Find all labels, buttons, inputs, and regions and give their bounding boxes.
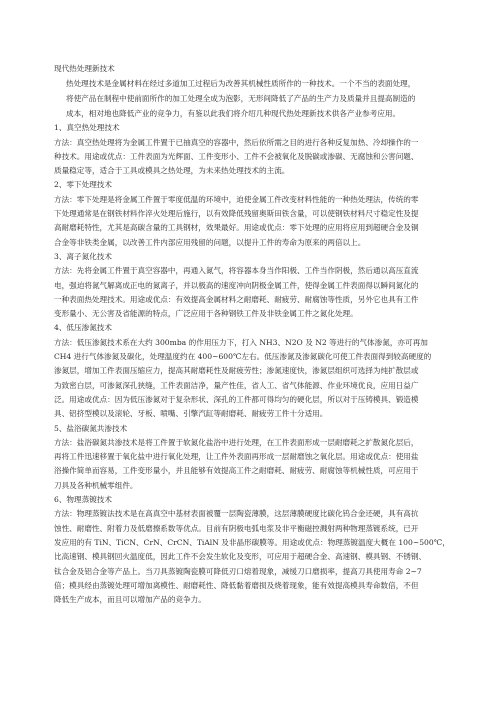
section-heading: 1、真空热处理技术 — [54, 121, 454, 135]
section-heading: 6、物理蒸镀技术 — [54, 493, 454, 507]
body-line: 下处理通常是在钢铁材料作淬火处理后施行，以有效降低残留奥斯田铁含量，可以使钢铁材… — [54, 207, 454, 221]
section-salt-bath-carbonitriding: 5、盐浴碳氮共渗技术 方法：盐浴碳氮共渗技术是将工件置于软氮化盐浴中进行处理，在… — [54, 422, 454, 493]
section-heading: 4、低压渗氮技术 — [54, 321, 454, 335]
document-page: 现代热处理新技术 热处理技术是金属材料在经过多道加工过程后为改善其机械性质所作的… — [54, 62, 454, 607]
section-heading: 2、零下处理技术 — [54, 178, 454, 192]
section-subzero-treatment: 2、零下处理技术 方法：零下处理是将金属工件置于零度低温的环境中，迫使金属工件改… — [54, 178, 454, 249]
section-body: 方法：真空热处理将为金属工件置于已抽真空的容器中，然后依所需之目的进行各种反复加… — [54, 136, 454, 179]
body-line: 泛。用途或优点：因为低压渗氮对于复杂形状、深孔的工件都可得均匀的硬化层，所以对于… — [54, 393, 454, 407]
section-physical-vapor-deposition: 6、物理蒸镀技术 方法：物理蒸镀法技术是在高真空中基材表面被覆一层陶瓷薄膜，这层… — [54, 493, 454, 607]
body-line: 比高速钢、模具钢回火温度低，因此工件不会发生软化及变形，可应用于超硬合金、高速钢… — [54, 550, 454, 564]
section-heading: 5、盐浴碳氮共渗技术 — [54, 422, 454, 436]
body-line: 质量稳定等，适合于工具或模具之热处理，为未来热处理技术的主流。 — [54, 164, 454, 178]
body-line: CH4 进行气体渗氮及碳化，处理温度约在 400~600℃左右。低压渗氮及渗氮碳… — [54, 350, 454, 364]
section-ion-nitriding: 3、离子氮化技术 方法：先将金属工件置于真空容器中，再通入氮气，将容器本身当作阳… — [54, 250, 454, 321]
body-line: 方法：先将金属工件置于真空容器中，再通入氮气，将容器本身当作阳极、工件当作阴极，… — [54, 264, 454, 278]
body-line: 为致密白层，可渗氮深孔狭缝，工件表面洁净，量产性佳，省人工、省气体能源、作业环境… — [54, 379, 454, 393]
intro-line: 热处理技术是金属材料在经过多道加工过程后为改善其机械性质所作的一种技术。一个不当… — [66, 76, 454, 91]
body-line: 高耐磨耗特性，尤其是高碳含量的工具钢材，效果最好。用途或优点：零下处理的应用将应… — [54, 221, 454, 235]
section-heading: 3、离子氮化技术 — [54, 250, 454, 264]
body-line: 电，强迫将氮气解离成正电的氮离子，并以极高的速度冲向阴极金属工件，使得金属工件表… — [54, 279, 454, 293]
body-line: 降低生产成本，而且可以增加产品的竞争力。 — [54, 593, 454, 607]
section-body: 方法：盐浴碳氮共渗技术是将工件置于软氮化盐浴中进行处理，在工件表面形成一层耐磨耗… — [54, 436, 454, 493]
section-body: 方法：零下处理是将金属工件置于零度低温的环境中，迫使金属工件改变材料性能的一种热… — [54, 193, 454, 250]
section-body: 方法：物理蒸镀法技术是在高真空中基材表面被覆一层陶瓷薄膜，这层薄膜硬度比碳化钨合… — [54, 507, 454, 607]
body-line: 变形量小、无公害及省能源的特点，广泛应用于各种钢铁工件及非铁金属工件之氮化处理。 — [54, 307, 454, 321]
body-line: 再将工件迅速移置于氧化盐中进行氧化处理，让工件外表面再形成一层耐磨蚀之氧化层。用… — [54, 450, 454, 464]
body-line: 方法：真空热处理将为金属工件置于已抽真空的容器中，然后依所需之目的进行各种反复加… — [54, 136, 454, 150]
body-line: 渗氮层，增加工件表面压缩应力，提高其耐磨耗性及耐疲劳性；渗氮速度快，渗氮层组织可… — [54, 364, 454, 378]
body-line: 方法：低压渗氮技术系在大约 300mba 的作用压力下，打入 NH3、N2O 及… — [54, 336, 454, 350]
section-low-pressure-nitriding: 4、低压渗氮技术 方法：低压渗氮技术系在大约 300mba 的作用压力下，打入 … — [54, 321, 454, 421]
section-body: 方法：低压渗氮技术系在大约 300mba 的作用压力下，打入 NH3、N2O 及… — [54, 336, 454, 422]
intro-paragraph: 热处理技术是金属材料在经过多道加工过程后为改善其机械性质所作的一种技术。一个不当… — [54, 76, 454, 121]
body-line: 种技术。用途或优点：工件表面为光辉面、工件变形小、工件不会被氧化及脱碳或渗碳、无… — [54, 150, 454, 164]
document-title: 现代热处理新技术 — [54, 62, 454, 76]
section-vacuum-heat-treatment: 1、真空热处理技术 方法：真空热处理将为金属工件置于已抽真空的容器中，然后依所需… — [54, 121, 454, 178]
body-line: 方法：零下处理是将金属工件置于零度低温的环境中，迫使金属工件改变材料性能的一种热… — [54, 193, 454, 207]
body-line: 蚀性、耐磨性、附着力及低磨擦系数等优点。目前有阴极电弧电浆及非平衡磁控溅射两种物… — [54, 522, 454, 536]
intro-line: 将使产品在制程中使前面所作的加工处理全成为泡影，无形间降低了产品的生产力及质量并… — [66, 91, 454, 106]
body-line: 钛合金及铝合金等产品上。当刀具蒸镀陶瓷膜可降低刃口熔着现象，减缓刀口磨损率，提高… — [54, 565, 454, 579]
body-line: 具、铝挤型模以及滚轮、牙板、喷嘴、引擎汽缸等耐磨耗、耐疲劳工件十分适用。 — [54, 407, 454, 421]
body-line: 合金等非铁类金属，以改善工件内部应用残留的问题，以提升工件的寿命为原来的两倍以上… — [54, 236, 454, 250]
body-line: 发应用的有 TiN、TiCN、CrN、CrCN、TiAlN 及非晶形碳膜等。用途… — [54, 536, 454, 550]
intro-line: 成本，相对地也降低产业的竞争力，有鉴以此我们将介绍几种现代热处理新技术供各产业参… — [66, 106, 454, 121]
body-line: 刀具及各种机械零组件。 — [54, 479, 454, 493]
body-line: 一种表面热处理技术。用途或优点：有效提高金属材料之耐磨耗、耐疲劳、耐腐蚀等性质，… — [54, 293, 454, 307]
body-line: 浴操作简单而容易，工件变形量小，并且能够有效提高工件之耐磨耗、耐疲劳、耐腐蚀等机… — [54, 464, 454, 478]
section-body: 方法：先将金属工件置于真空容器中，再通入氮气，将容器本身当作阳极、工件当作阴极，… — [54, 264, 454, 321]
body-line: 方法：盐浴碳氮共渗技术是将工件置于软氮化盐浴中进行处理，在工件表面形成一层耐磨耗… — [54, 436, 454, 450]
body-line: 倍；模具经由蒸镀处理可增加离模性、耐磨耗性、降低黏着磨损及烧着现象，能有效提高模… — [54, 579, 454, 593]
body-line: 方法：物理蒸镀法技术是在高真空中基材表面被覆一层陶瓷薄膜，这层薄膜硬度比碳化钨合… — [54, 507, 454, 521]
